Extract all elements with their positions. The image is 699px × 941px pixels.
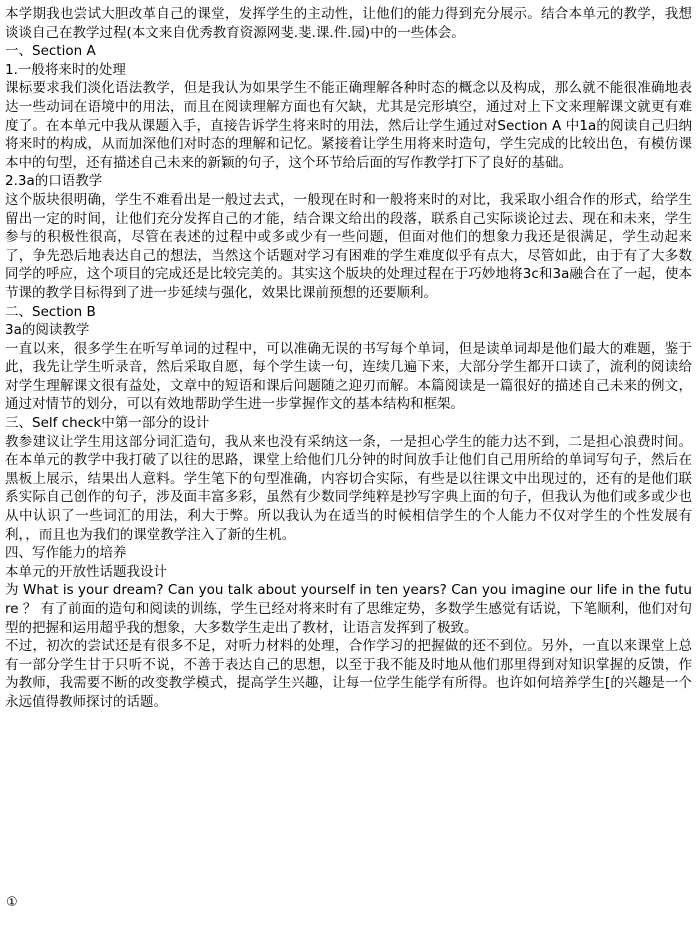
heading-section-b: 二、Section B bbox=[5, 303, 692, 322]
intro-paragraph: 本学期我也尝试大胆改革自己的课堂，发挥学生的主动性，让他们的能力得到充分展示。结… bbox=[5, 5, 692, 42]
heading-writing: 四、写作能力的培养 bbox=[5, 544, 692, 563]
heading-section-a: 一、Section A bbox=[5, 42, 692, 61]
paragraph-3a-speaking: 这个版块很明确，学生不难看出是一般过去式，一般现在时和一般将来时的对比，我采取小… bbox=[5, 191, 692, 303]
heading-open-topic: 本单元的开放性话题我设计 bbox=[5, 563, 692, 582]
paragraph-open-topic: 为 What is your dream? Can you talk about… bbox=[5, 581, 692, 637]
paragraph-conclusion: 不过，初次的尝试还是有很多不足，对听力材料的处理，合作学习的把握做的还不到位。另… bbox=[5, 637, 692, 711]
footnote-marker: ① bbox=[6, 894, 18, 913]
heading-future-tense: 1.一般将来时的处理 bbox=[5, 61, 692, 80]
document-page: 本学期我也尝试大胆改革自己的课堂，发挥学生的主动性，让他们的能力得到充分展示。结… bbox=[0, 0, 699, 941]
paragraph-future-tense: 课标要求我们淡化语法教学，但是我认为如果学生不能正确理解各种时态的概念以及构成，… bbox=[5, 79, 692, 172]
heading-3a-speaking: 2.3a的口语教学 bbox=[5, 172, 692, 191]
paragraph-3a-reading: 一直以来，很多学生在听写单词的过程中，可以准确无误的书写每个单词，但是读单词却是… bbox=[5, 340, 692, 414]
heading-3a-reading: 3a的阅读教学 bbox=[5, 321, 692, 340]
paragraph-self-check: 教参建议让学生用这部分词汇造句，我从来也没有采纳这一条，一是担心学生的能力达不到… bbox=[5, 433, 692, 545]
heading-self-check: 三、Self check中第一部分的设计 bbox=[5, 414, 692, 433]
